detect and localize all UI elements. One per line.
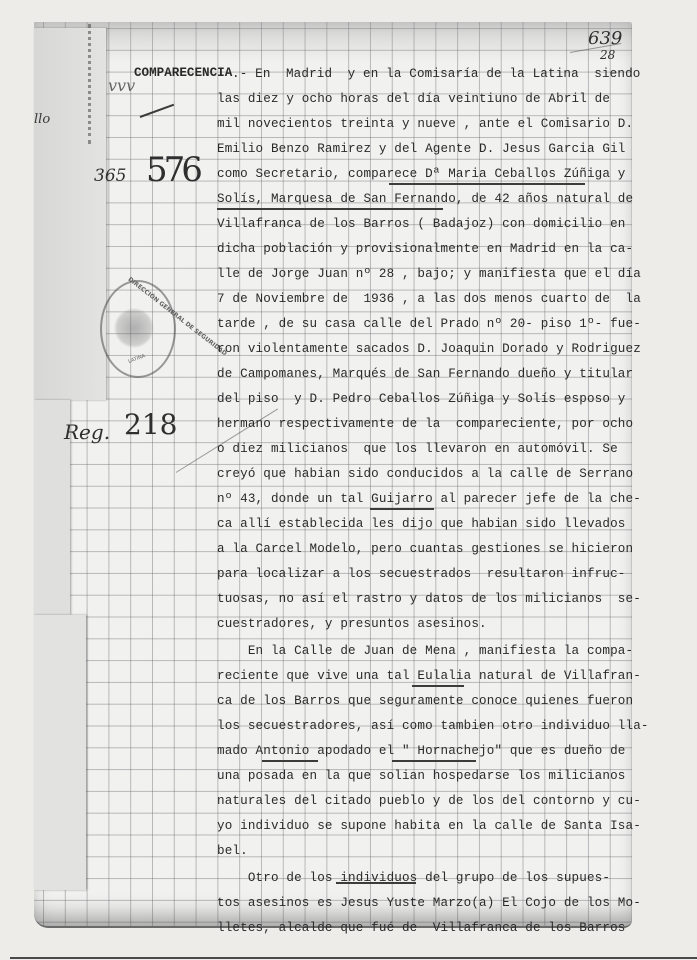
text-line: ca allí establecida les dijo que habian … <box>217 516 626 532</box>
text-line: En la Calle de Juan de Mena , manifiesta… <box>217 643 633 659</box>
top-shadow <box>34 22 632 62</box>
official-stamp: DIRECCIÓN GENERAL DE SEGURIDAD LATINA <box>100 280 176 378</box>
text-line: como Secretario, comparece Dª Maria Ceba… <box>217 166 626 182</box>
text-line: a la Carcel Modelo, pero cuantas gestion… <box>217 541 633 557</box>
folio-subnumber: 28 <box>600 48 615 62</box>
text-line: nº 43, donde un tal Guijarro al parecer … <box>217 491 641 507</box>
document-heading: COMPARECENCIA <box>134 66 232 80</box>
text-line: lletes, alcalde que fué de Villafranca d… <box>217 920 626 936</box>
text-line: del piso y D. Pedro Ceballos Zúñiga y So… <box>217 391 626 407</box>
text-line: cuestradores, y presuntos asesinos. <box>217 616 487 632</box>
text-line: para localizar a los secuestrados result… <box>217 566 626 582</box>
underline-hornachejo <box>392 760 476 762</box>
text-line: .- En Madrid y en la Comisaría de la Lat… <box>232 66 641 82</box>
text-line: naturales del citado pueblo y de los del… <box>217 793 641 809</box>
text-line: las diez y ocho horas del día veintiuno … <box>217 91 610 107</box>
stamp-bottom-text: LATINA <box>128 353 147 365</box>
text-line: ca de los Barros que seguramente conoce … <box>217 693 633 709</box>
underline-marquesa <box>217 208 443 210</box>
text-line: Solís, Marquesa de San Fernando, de 42 a… <box>217 191 633 207</box>
text-line: de Campomanes, Marqués de San Fernando d… <box>217 366 633 382</box>
flap-scribble: llo <box>34 112 50 127</box>
underline-antonio <box>262 760 318 762</box>
underline-jesus-yuste <box>336 882 416 884</box>
margin-reg-label: Reg. <box>64 420 110 444</box>
margin-number-large: 576 <box>146 150 199 190</box>
text-line: tarde , de su casa calle del Prado nº 20… <box>217 316 641 332</box>
text-line: yo individuo se supone habita en la call… <box>217 818 641 834</box>
scan-bottom-edge <box>10 957 697 959</box>
text-line: creyó que habian sido conducidos a la ca… <box>217 466 633 482</box>
text-line: tos asesinos es Jesus Yuste Marzo(a) El … <box>217 895 641 911</box>
underline-guijarro <box>370 508 434 510</box>
margin-number-small: 365 <box>94 166 126 186</box>
initials-scribble: vvv <box>108 76 135 95</box>
text-line: ron violentamente sacados D. Joaquin Dor… <box>217 341 641 357</box>
text-line: mil novecientos treinta y nueve , ante e… <box>217 116 633 132</box>
text-line: o diez milicianos que los llevaron en au… <box>217 441 618 457</box>
text-line: los secuestradores, así como tambien otr… <box>217 718 649 734</box>
text-line: 7 de Noviembre de 1936 , a las dos menos… <box>217 291 641 307</box>
text-line: bel. <box>217 843 248 859</box>
torn-flap-lower <box>34 615 86 890</box>
torn-edge <box>62 24 91 144</box>
text-line: mado Antonio apodado el " Hornachejo" qu… <box>217 743 626 759</box>
text-line: Emilio Benzo Ramirez y del Agente D. Jes… <box>217 141 626 157</box>
text-line: reciente que vive una tal Eulalia natura… <box>217 668 641 684</box>
text-line: dicha población y provisionalmente en Ma… <box>217 241 633 257</box>
text-line: hermano respectivamente de la comparecie… <box>217 416 633 432</box>
underline-eulalia <box>412 685 464 687</box>
text-line: tuosas, no así el rastro y datos de los … <box>217 591 641 607</box>
stamp-emblem-icon <box>114 308 154 348</box>
text-line: Villafranca de los Barros ( Badajoz) con… <box>217 216 626 232</box>
margin-reg-number: 218 <box>124 408 177 441</box>
underline-maria-ceballos <box>389 183 585 185</box>
text-line: una posada en la que solian hospedarse l… <box>217 768 626 784</box>
text-line: lle de Jorge Juan nº 28 , bajo; y manifi… <box>217 266 641 282</box>
